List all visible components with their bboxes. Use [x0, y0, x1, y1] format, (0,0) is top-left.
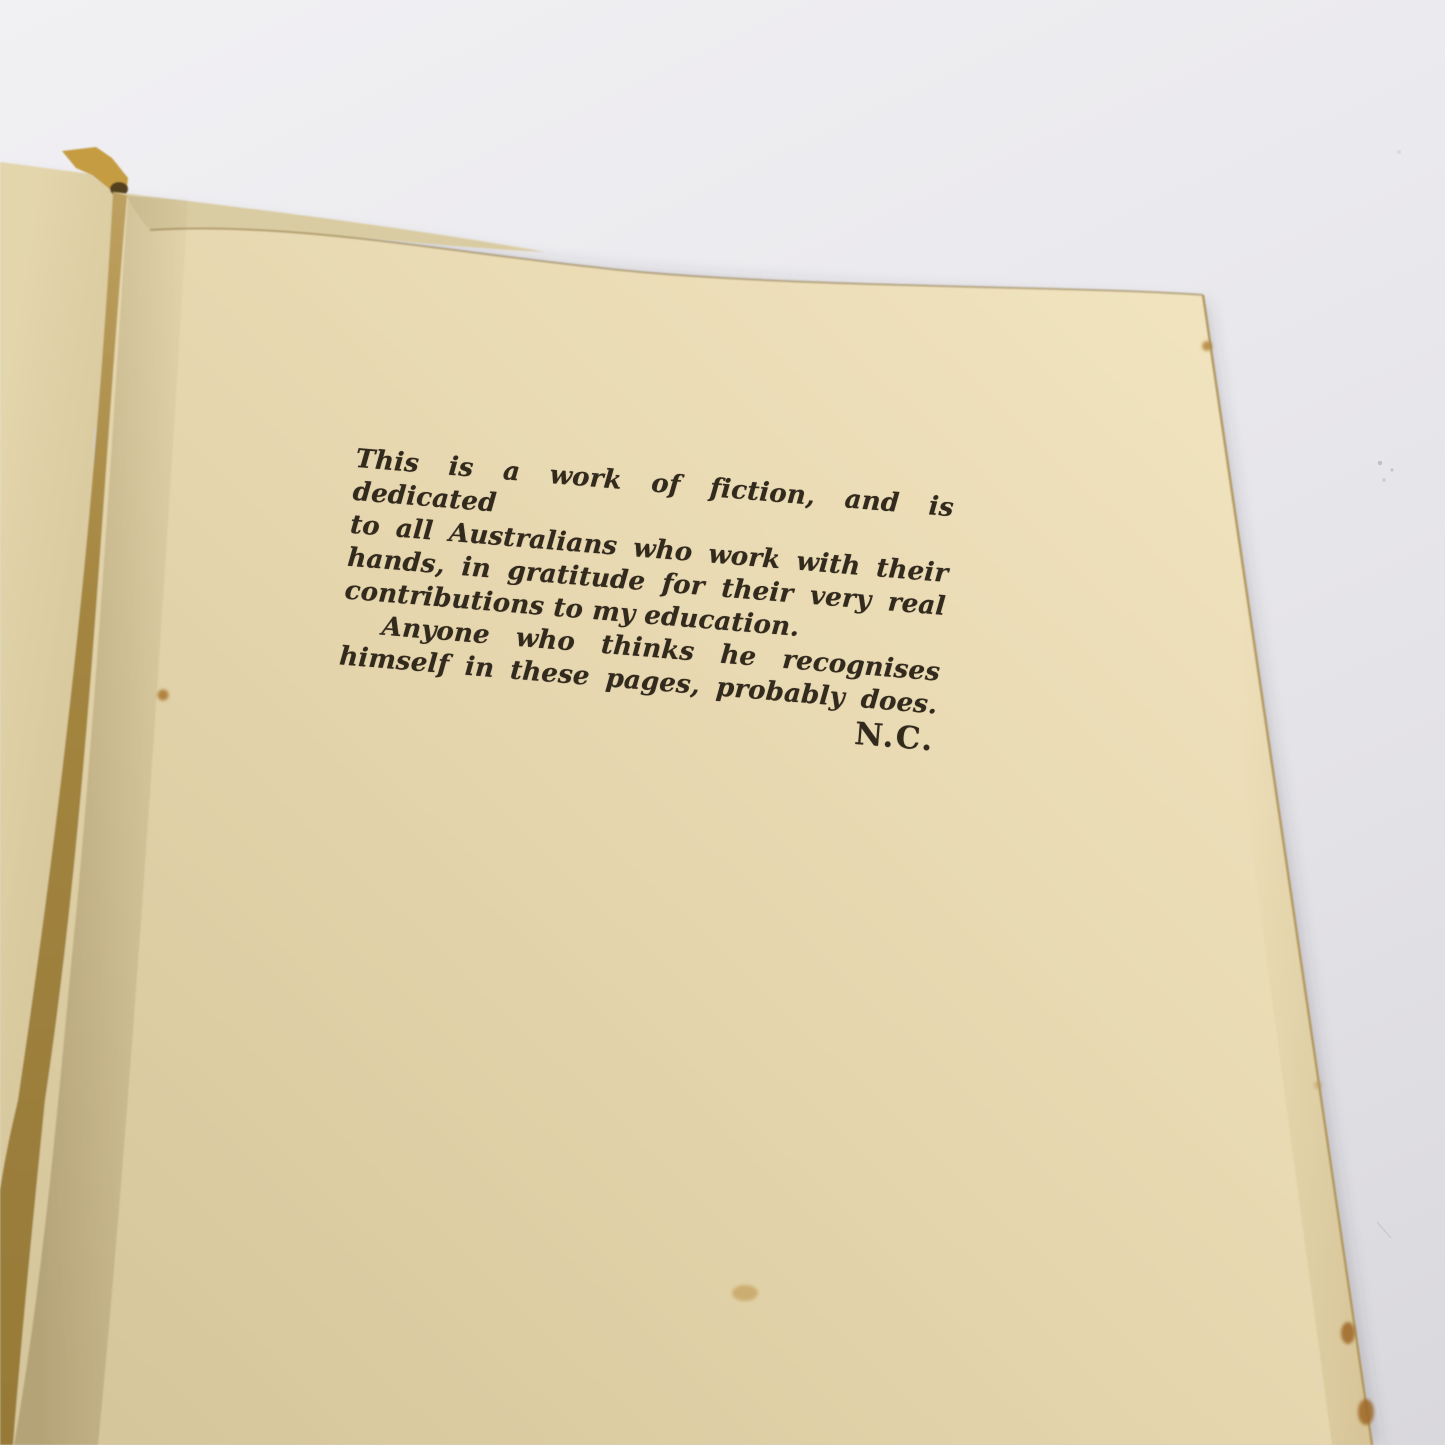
backdrop-specks [1377, 150, 1401, 1238]
main-page [13, 196, 1372, 1445]
dedication-text-block: This is a work of fiction, and is dedica… [335, 443, 955, 757]
photo-of-open-book: This is a work of fiction, and is dedica… [0, 0, 1445, 1445]
